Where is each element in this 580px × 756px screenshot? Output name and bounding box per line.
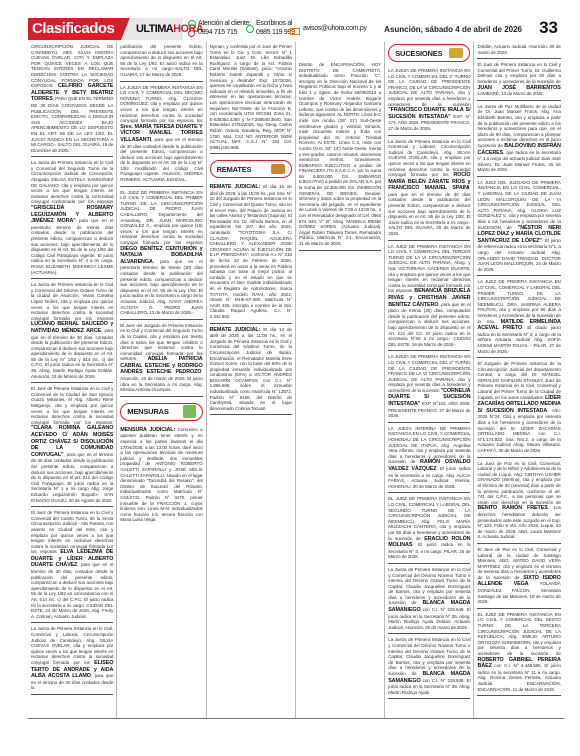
column-5: SUCESIONES LA JUEZA DE PRIMERA INSTANCIA… xyxy=(385,42,474,718)
column-1: CIRCUNSCRIPCIÓN JUDICIAL DE CANINDEYÚ, A… xyxy=(28,42,117,718)
legal-notice: LA JUEZ DE PRIMERA INSTANCIA EN LO CIVIL… xyxy=(388,242,470,352)
legal-notice: REMATE JUDICIAL: El día 15 de abril de 2… xyxy=(210,182,292,323)
legal-notice: LA JUEZA INTERINA DE PRIMERA INSTANCIA E… xyxy=(388,424,470,494)
email-link[interactable]: avisos@uhora.com.py xyxy=(303,24,367,33)
legal-notice: El Juez de Primera Instancia en lo Civil… xyxy=(31,384,113,507)
attention-phone[interactable]: 0994 715 715 xyxy=(198,28,251,37)
write-phone[interactable]: 0985 119 999 xyxy=(256,28,295,37)
legal-notice: La Jueza de Primera Instancia en lo Civi… xyxy=(31,158,113,279)
section-label: SUCESIONES xyxy=(395,49,442,58)
section-label: MENSURAS xyxy=(127,407,168,416)
legal-notice: El Juzgado de Primera Instancia de la Ci… xyxy=(477,359,560,458)
legal-notice: CIRCUNSCRIPCIÓN JUDICIAL DE CANINDEYÚ, A… xyxy=(31,42,113,157)
attention-label: Atención al cliente: xyxy=(198,19,251,28)
legal-notice: El Juez de Primera Instancia en lo Civil… xyxy=(31,508,113,623)
legal-notice: LA JUEZ DE PRIMERA INSTANCIA EN LO CIVIL… xyxy=(477,277,560,358)
legal-notice: MENSURA JUDICIAL: Comunico a quienes pud… xyxy=(120,425,202,526)
write-label: Escríbinos al xyxy=(256,19,295,28)
legal-notice: La Jueza de Primera Instancia en lo Civi… xyxy=(31,624,113,695)
legal-notice: LA JUEZA DE PRIMERA INSTANCIA EN LO CIVI… xyxy=(388,352,470,423)
whatsapp-icon xyxy=(246,25,254,33)
legal-notice: Distrito de ENCARNACIÓN, HOY DISTRITO DE… xyxy=(299,60,381,251)
legal-notice: El Juez de Primera Instancia en lo Civil… xyxy=(477,60,560,101)
legal-notice: La Jueza de Primera Instancia en lo Civi… xyxy=(388,137,470,241)
legal-notice: La Jueza de Primera Instancia en lo Civi… xyxy=(31,280,113,383)
section-header-mensuras: MENSURAS xyxy=(120,403,202,421)
email-contact: avisos@uhora.com.py xyxy=(290,24,367,33)
legal-notice: EL JUEZ DE PRIMERA INSTANCIA EN LO CIVIL… xyxy=(120,188,202,320)
legal-notice: El Juez de Paz en lo Civil, Comercial y … xyxy=(477,545,560,609)
legal-notice: La Jueza de Paz Multifuero de la ciudad … xyxy=(477,102,560,177)
section-label: REMATES xyxy=(217,165,252,174)
legal-notice: EL JUEZ DE PRIMERA INSTANCIA EN LO CIVIL… xyxy=(477,610,560,696)
column-6: Doldán, Actuario Judicial. Asunción, 30 … xyxy=(474,42,563,718)
mail-icon xyxy=(290,28,300,35)
legal-notice: Nyman, y conferida por el Juez de Primer… xyxy=(210,42,292,154)
legal-notice: La Jueza de Primera Instancia en lo Civi… xyxy=(388,565,470,635)
legal-notice: EL JUEZ DE PRIMERA INSTANCIA EN LO CIVIL… xyxy=(388,494,470,564)
map-icon xyxy=(183,405,196,418)
legal-notice: LA JUEZA DE PRIMERA INSTANCIA EN LO CIVI… xyxy=(120,83,202,187)
people-icon xyxy=(449,48,463,58)
page-header: Clasificados ULTIMAHORA Atención al clie… xyxy=(28,18,564,40)
write-contact: Escríbinos al 0985 119 999 xyxy=(246,19,295,37)
whatsapp-icon xyxy=(188,20,196,28)
legal-notice: publicación del presente Edicto, compare… xyxy=(120,42,202,82)
legal-notice: LA JUEZA DE PRIMERA INSTANCIA EN LO CIVI… xyxy=(388,66,470,136)
legal-notice: LA JUEZ DEL JUZGADO DE PRIMERA INSTANCIA… xyxy=(477,178,560,277)
bottom-divider xyxy=(28,718,564,719)
date-line: Asunción, sábado 4 de abril de 2026 xyxy=(384,25,522,34)
legal-notice: El Juez del Juzgado de Primera Instancia… xyxy=(120,321,202,397)
column-2: publicación del presente Edicto, compare… xyxy=(117,42,206,718)
page-number: 33 xyxy=(539,18,558,38)
legal-notice: Doldán, Actuario Judicial. Asunción, 30 … xyxy=(477,42,560,59)
section-header-sucesiones: SUCESIONES xyxy=(388,44,470,62)
brand-part-1: ULTIMA xyxy=(136,23,173,35)
phone-icon xyxy=(188,30,195,37)
legal-notice: REMATE JUDICIAL: El día 14 de abril de 2… xyxy=(210,325,292,416)
section-header-remates: REMATES xyxy=(210,160,292,178)
legal-notice: La Juez de Paz en lo Civil, Comercial, L… xyxy=(477,459,560,544)
legal-notice: La Jueza de Primera Instancia en lo Civi… xyxy=(388,635,470,699)
column-4: Distrito de ENCARNACIÓN, HOY DISTRITO DE… xyxy=(296,42,385,718)
attention-contact: Atención al cliente: 0994 715 715 xyxy=(188,19,251,37)
classifieds-columns: CIRCUNSCRIPCIÓN JUDICIAL DE CANINDEYÚ, A… xyxy=(28,42,564,718)
section-title: Clasificados xyxy=(28,18,138,40)
gavel-icon xyxy=(271,164,285,174)
column-3: Nyman, y conferida por el Juez de Primer… xyxy=(207,42,296,718)
